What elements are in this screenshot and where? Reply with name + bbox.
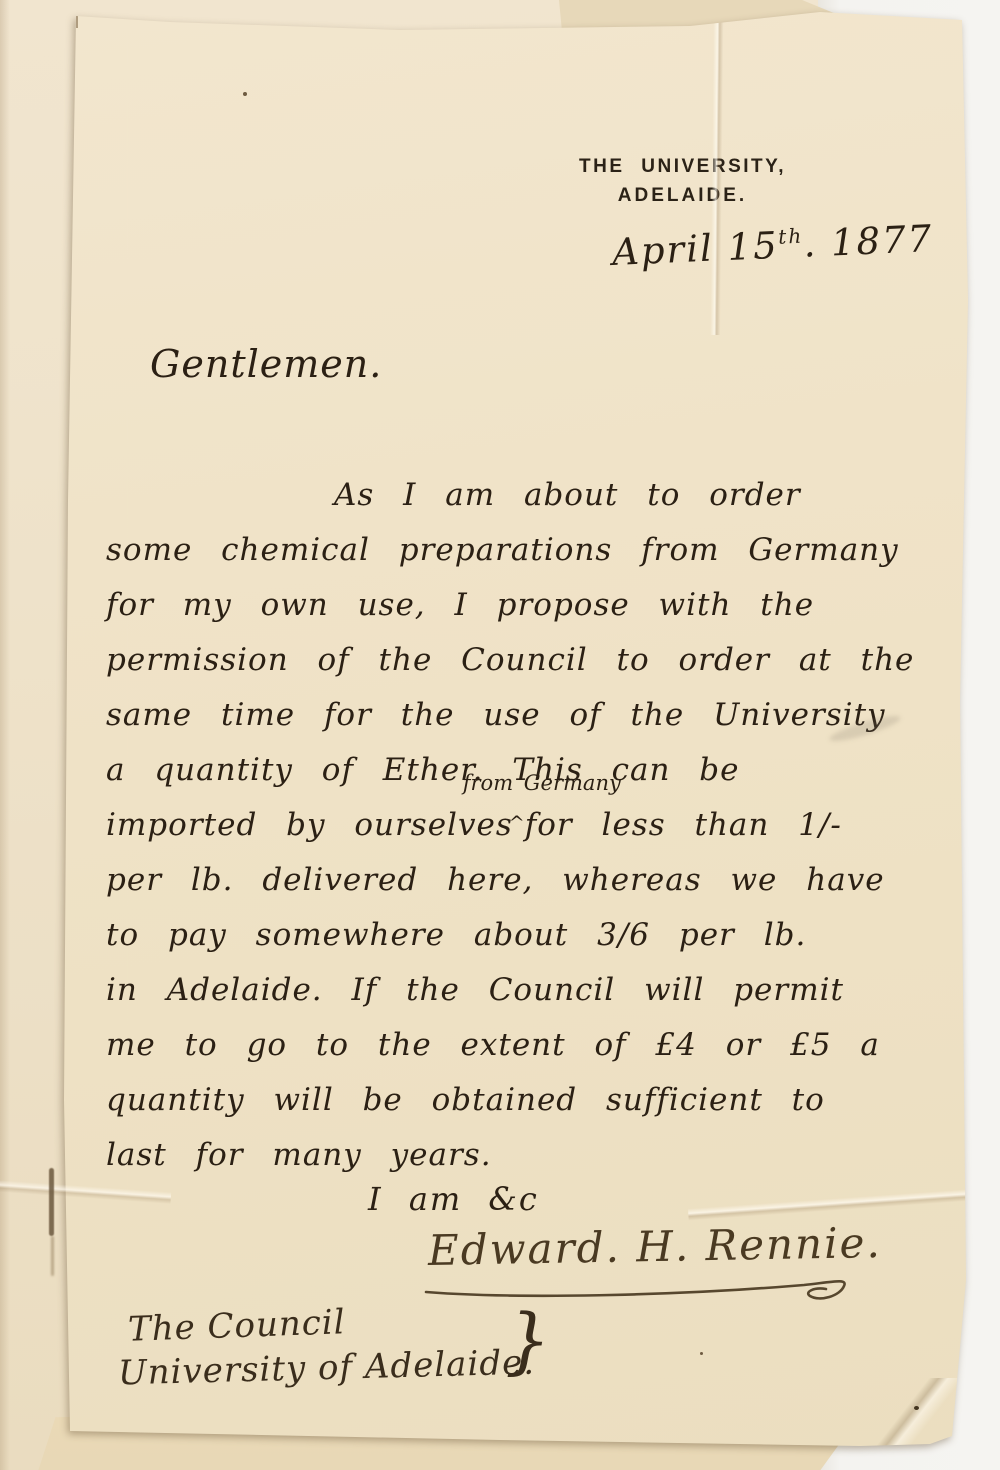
body-line: last for many years.	[106, 1128, 956, 1183]
signature-flourish	[424, 1272, 864, 1308]
body-line: As I am about to order	[106, 468, 956, 523]
dust-speck	[243, 92, 247, 96]
addressee-line-2: University of Adelaide.	[118, 1343, 536, 1394]
fold-crease-vertical	[710, 0, 724, 335]
body-line-with-insertion: imported by ourselvesfrom Germany^for le…	[106, 798, 956, 853]
letter-body: As I am about to order some chemical pre…	[106, 468, 956, 1183]
body-line-post: for less than 1/-	[525, 807, 842, 843]
fold-crease-horizontal-right	[688, 1187, 993, 1220]
body-line: in Adelaide. If the Council will permit	[106, 963, 956, 1018]
scanned-letter: THE UNIVERSITY, ADELAIDE. April 15th. 18…	[0, 0, 1000, 1470]
insertion-anchor: from Germany^	[513, 825, 525, 835]
edge-tear	[49, 1168, 54, 1236]
date-year: . 1877	[803, 217, 934, 266]
body-line: me to go to the extent of £4 or £5 a	[106, 1018, 956, 1073]
edge-crack	[76, 0, 78, 28]
letter-page-wrap: THE UNIVERSITY, ADELAIDE. April 15th. 18…	[0, 0, 1000, 1470]
interlined-insertion: from Germany	[463, 756, 621, 811]
letterhead-city: ADELAIDE.	[555, 185, 810, 207]
body-line: same time for the use of the University	[106, 688, 956, 743]
body-line: to pay somewhere about 3/6 per lb.	[106, 908, 956, 963]
corner-fold-crease	[843, 1378, 978, 1450]
dust-speck	[914, 1406, 919, 1410]
body-line: some chemical preparations from Germany	[106, 523, 956, 578]
body-line: quantity will be obtained sufficient to	[106, 1073, 956, 1128]
addressee-brace: }	[505, 1298, 551, 1382]
body-line: per lb. delivered here, whereas we have	[106, 853, 956, 908]
date-superscript: th	[778, 224, 804, 249]
letter-page: THE UNIVERSITY, ADELAIDE. April 15th. 18…	[0, 0, 1000, 1470]
body-line: permission of the Council to order at th…	[106, 633, 956, 688]
salutation: Gentlemen.	[150, 342, 382, 386]
date-text: April 15	[611, 224, 779, 274]
letterhead: THE UNIVERSITY, ADELAIDE.	[555, 156, 810, 207]
addressee-line-1: The Council	[127, 1302, 346, 1350]
dust-speck	[700, 1352, 703, 1355]
date-line: April 15th. 1877	[611, 217, 934, 274]
valediction: I am &c	[368, 1180, 539, 1218]
signature: Edward. H. Rennie.	[428, 1218, 883, 1275]
edge-tear-tail	[51, 1236, 54, 1276]
caret-mark: ^	[509, 796, 526, 851]
body-line: for my own use, I propose with the	[106, 578, 956, 633]
body-line-pre: imported by ourselves	[106, 807, 513, 843]
letterhead-title: THE UNIVERSITY,	[555, 156, 810, 178]
